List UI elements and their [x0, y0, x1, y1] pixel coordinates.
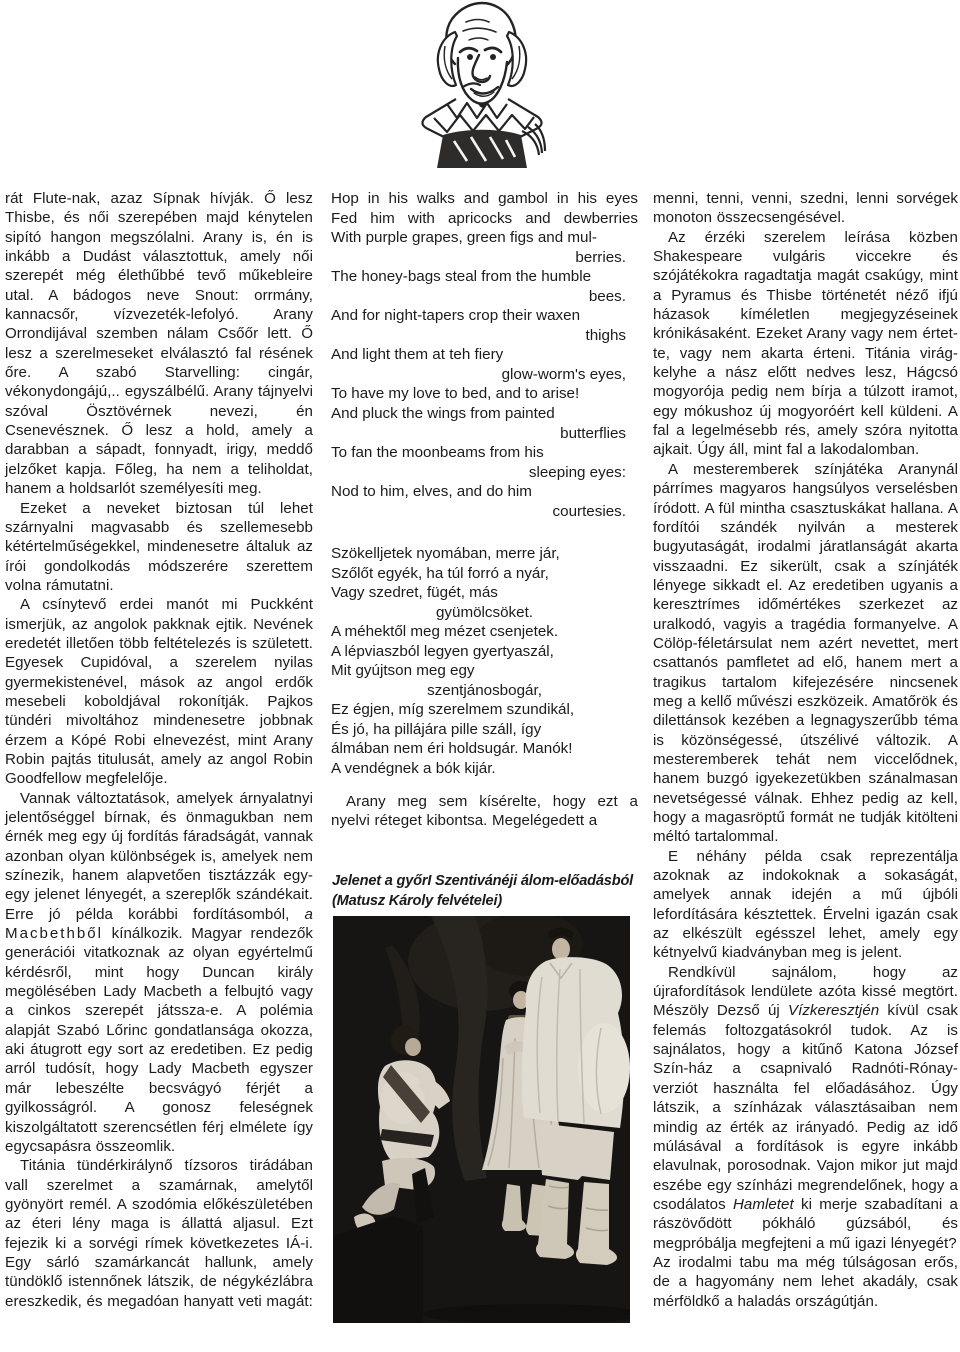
text-segment: rát Flute-nak, azaz Sípnak hívják. Ő les… — [5, 190, 313, 497]
text-segment: Titánia tündérkirálynő tízsoros tirádába… — [5, 1157, 313, 1309]
poem-line: berries. — [331, 248, 638, 268]
photo-caption: Jelenet a győrI Szentivánéji álom-előadá… — [332, 871, 638, 911]
shakespeare-caricature — [414, 0, 550, 168]
middle-paragraph: Arany meg sem kísérelte, hogy ezt a nyel… — [331, 792, 638, 831]
emphasized-text: Hamletet — [733, 1196, 794, 1213]
text-segment: kívül csak felemás foltozgatásokról tudo… — [653, 1002, 958, 1212]
paragraph: Ezeket a neveket biztosan túl lehet szár… — [5, 499, 313, 596]
emphasized-text: a — [305, 906, 313, 923]
poem-line: A méhektől meg mézet csenjetek. — [331, 622, 638, 642]
poem-line: thighs — [331, 326, 638, 346]
poem-line: Szökelljetek nyomában, merre jár, — [331, 544, 638, 564]
right-column: menni, tenni, venni, szedni, lenni sorvé… — [653, 189, 958, 1311]
poem-line: Ez égjen, míg szerelmem szundikál, — [331, 700, 638, 720]
poem-line: To fan the moonbeams from his — [331, 443, 638, 463]
paragraph: menni, tenni, venni, szedni, lenni sorvé… — [653, 189, 958, 228]
paragraph: Titánia tündérkirálynő tízsoros tirádába… — [5, 1156, 313, 1311]
paragraph: Arany meg sem kísérelte, hogy ezt a nyel… — [331, 792, 638, 831]
poem-line: butterflies — [331, 424, 638, 444]
hungarian-poem: Szökelljetek nyomában, merre jár,Szőlőt … — [331, 544, 638, 779]
paragraph: Rendkívül sajnálom, hogy az újrafordítás… — [653, 963, 958, 1253]
paragraph: A csínytevő erdei manót mi Puckként isme… — [5, 595, 313, 788]
text-segment: A mesteremberek színjátéka Aranynál párr… — [653, 461, 958, 846]
performance-photo — [333, 916, 630, 1323]
paragraph: A mesteremberek színjátéka Aranynál párr… — [653, 460, 958, 847]
caption-line-1: Jelenet a győrI Szentivánéji álom-előadá… — [332, 871, 638, 891]
text-segment: kínálkozik. Magyar rendezők generációi v… — [5, 925, 313, 1155]
performance-photo-image — [333, 916, 630, 1323]
poem-line: gyümölcsöket. — [331, 603, 638, 623]
text-segment: E néhány példa csak reprezentálja azokna… — [653, 848, 958, 962]
paragraph: Vannak változtatások, amelyek árnyalatny… — [5, 789, 313, 1157]
paragraph: Az érzéki szerelem leírása közben Shakes… — [653, 228, 958, 460]
poem-line: And light them at teh fiery — [331, 345, 638, 365]
paragraph: E néhány példa csak reprezentálja azokna… — [653, 847, 958, 963]
poem-line: Vagy szedret, fügét, más — [331, 583, 638, 603]
poem-line: With purple grapes, green figs and mul- — [331, 228, 638, 248]
text-segment: Ezeket a neveket biztosan túl lehet szár… — [5, 500, 313, 594]
paragraph: Az irodalmi tabu ma még túlságosan erős,… — [653, 1253, 958, 1311]
poem-line: glow-worm's eyes, — [331, 365, 638, 385]
poem-line: sleeping eyes: — [331, 463, 638, 483]
left-column: rát Flute-nak, azaz Sípnak hívják. Ő les… — [5, 189, 313, 1311]
poem-line: The honey-bags steal from the humble — [331, 267, 638, 287]
text-segment: Az érzéki szerelem leírása közben Shakes… — [653, 229, 958, 459]
caption-line-2: (Matusz Károly felvételei) — [332, 891, 638, 911]
paragraph: rát Flute-nak, azaz Sípnak hívják. Ő les… — [5, 189, 313, 499]
poem-line: A vendégnek a bók kijár. — [331, 759, 638, 779]
english-poem: Hop in his walks and gambol in his eyesF… — [331, 189, 638, 521]
text-segment: menni, tenni, venni, szedni, lenni sorvé… — [653, 190, 958, 226]
poem-line: szentjánosbogár, — [331, 681, 638, 701]
text-segment: A csínytevő erdei manót mi Puckként isme… — [5, 596, 313, 787]
poem-line: Hop in his walks and gambol in his eyes — [331, 189, 638, 209]
poem-line: álmában nem éri holdsugár. Manók! — [331, 739, 638, 759]
poem-line: courtesies. — [331, 502, 638, 522]
poem-line: To have my love to bed, and to arise! — [331, 384, 638, 404]
shakespeare-caricature-drawing — [414, 0, 550, 168]
emphasized-text: Vízkeresztjén — [788, 1002, 879, 1019]
poem-line: Szőlőt egyék, ha túl forró a nyár, — [331, 564, 638, 584]
poem-line: And for night-tapers crop their waxen — [331, 306, 638, 326]
poem-line: Fed him with apricocks and dewberries — [331, 209, 638, 229]
poem-line: Mit gyújtson meg egy — [331, 661, 638, 681]
poem-line: A lépviaszból legyen gyertyaszál, — [331, 642, 638, 662]
emphasized-text: Macbethből — [5, 925, 103, 942]
poem-line: Nod to him, elves, and do him — [331, 482, 638, 502]
text-segment: Az irodalmi tabu ma még túlságosan erős,… — [653, 1254, 958, 1310]
poem-line: And pluck the wings from painted — [331, 404, 638, 424]
poem-line: És jó, ha pillájára pille száll, így — [331, 720, 638, 740]
text-segment: Vannak változtatások, amelyek árnyalatny… — [5, 790, 313, 923]
poem-line: bees. — [331, 287, 638, 307]
text-segment: Arany meg sem kísérelte, hogy ezt a nyel… — [331, 793, 638, 829]
